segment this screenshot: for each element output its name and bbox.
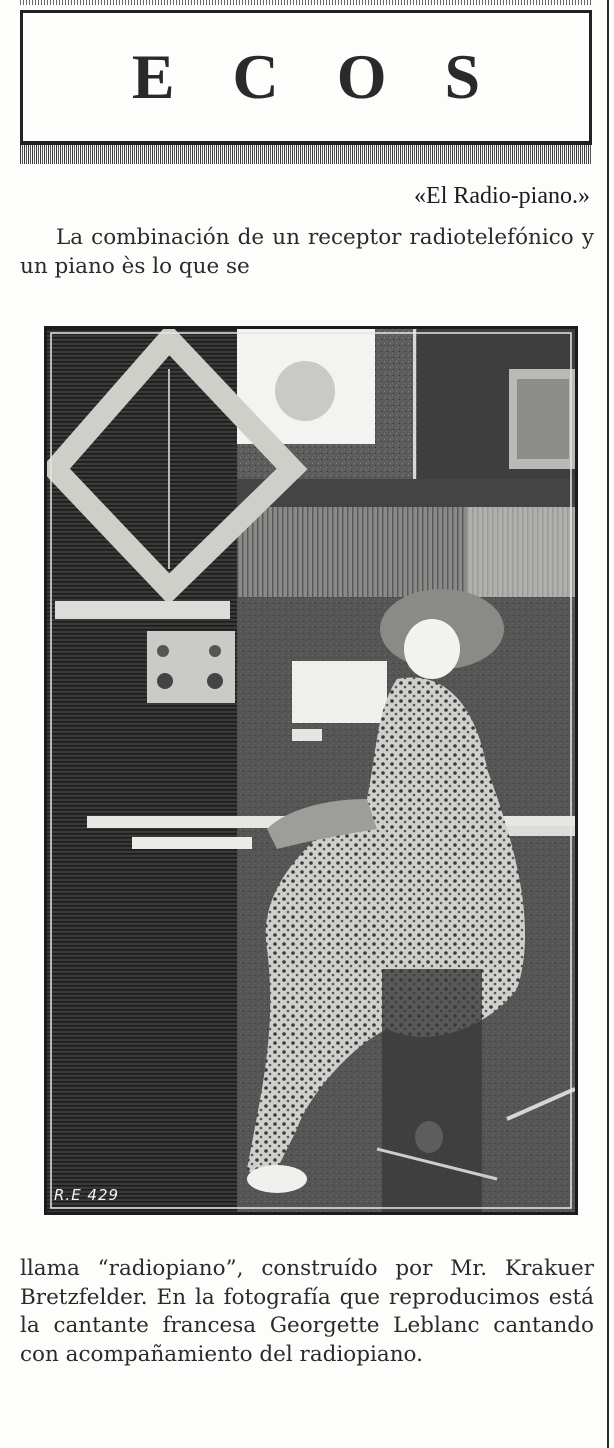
photo-illustration [47, 329, 575, 1212]
article-photo [44, 326, 578, 1215]
article-body-paragraph: llama “radiopiano”, construído por Mr. K… [20, 1255, 594, 1369]
section-title-box: ECOS [20, 10, 592, 145]
column-rule [607, 0, 609, 1448]
article-headline: «El Radio-piano.» [414, 183, 590, 210]
section-title: ECOS [74, 40, 538, 114]
article-intro-paragraph: La combinación de un receptor radiotelef… [20, 224, 594, 281]
hatched-divider [20, 145, 592, 164]
top-hatched-rule [20, 0, 592, 5]
photo-credit: R.E 429 [54, 1186, 119, 1204]
